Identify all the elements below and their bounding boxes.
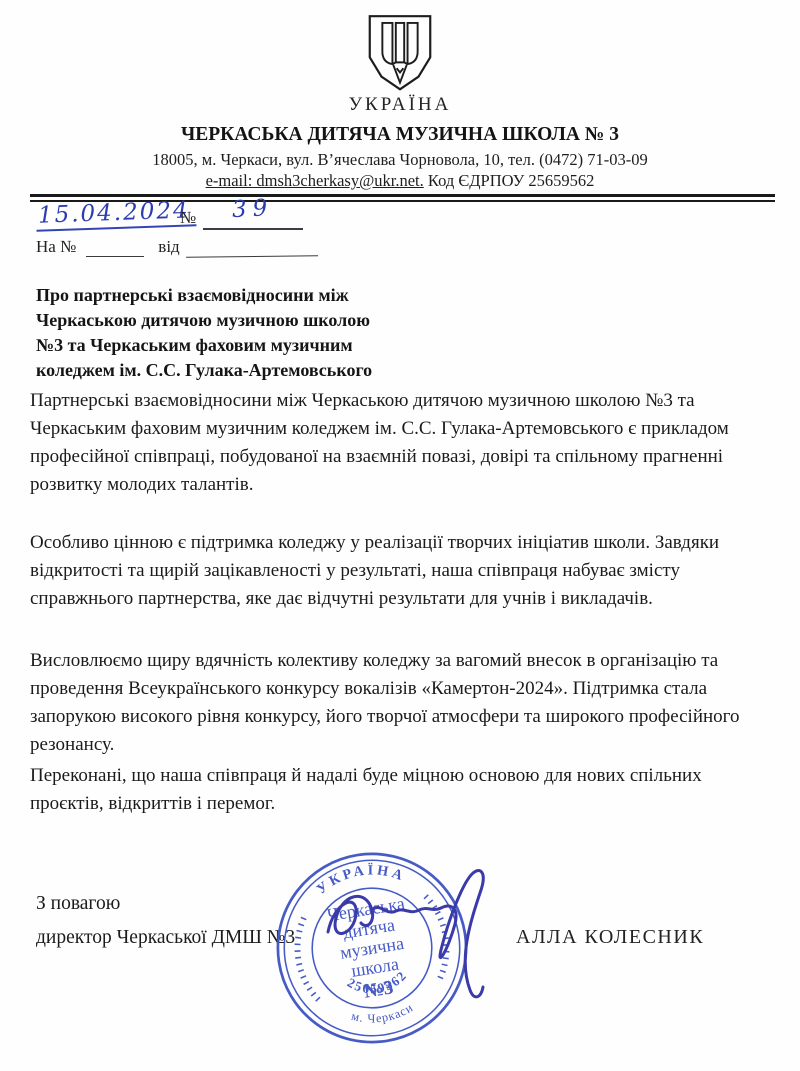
number-sign: №: [180, 208, 196, 228]
body-paragraph-1: Партнерські взаємовідносини між Черкаськ…: [30, 387, 778, 499]
subject-line: Черкаською дитячою музичною школою: [36, 308, 456, 333]
reply-from-label: від: [158, 237, 179, 256]
reply-number-blank: [86, 240, 144, 257]
signoff-title: директор Черкаської ДМШ №3: [36, 927, 295, 949]
outgoing-number-line: 39: [203, 196, 303, 230]
email-text: e-mail: dmsh3cherkasy@ukr.net.: [206, 171, 424, 190]
scanned-letter-page: УКРАЇНА ЧЕРКАСЬКА ДИТЯЧА МУЗИЧНА ШКОЛА №…: [0, 0, 800, 1071]
signoff-respectfully: З повагою: [36, 893, 120, 915]
body-paragraph-2: Особливо цінною є підтримка коледжу у ре…: [30, 529, 778, 613]
subject-line: коледжем ім. С.С. Гулака-Артемовського: [36, 358, 456, 383]
subject-line: Про партнерські взаємовідносини між: [36, 283, 456, 308]
stamp-decor-left: [292, 915, 319, 1002]
reply-reference-row: На №від: [36, 237, 318, 257]
country-label: УКРАЇНА: [0, 94, 800, 116]
handwritten-number: 39: [232, 195, 275, 223]
signer-name: АЛЛА КОЛЕСНИК: [516, 926, 704, 949]
email-row: e-mail: dmsh3cherkasy@ukr.net. Код ЄДРПО…: [0, 171, 800, 191]
ukraine-trident-emblem: [358, 12, 442, 96]
edrpou-code: Код ЄДРПОУ 25659562: [428, 171, 595, 190]
subject-block: Про партнерські взаємовідносини між Черк…: [36, 283, 456, 383]
body-paragraph-3: Висловлюємо щиру вдячність колективу кол…: [30, 647, 778, 759]
school-address: 18005, м. Черкаси, вул. В’ячеслава Чорно…: [0, 150, 800, 170]
body-paragraph-4: Переконані, що наша співпраця й надалі б…: [30, 762, 778, 818]
school-name: ЧЕРКАСЬКА ДИТЯЧА МУЗИЧНА ШКОЛА № 3: [0, 124, 800, 146]
director-signature: [318, 862, 514, 1012]
reply-prefix: На №: [36, 237, 76, 256]
subject-line: №3 та Черкаським фаховим музичним: [36, 333, 456, 358]
handwritten-date: 15.04.2024: [36, 197, 197, 232]
reply-date-blank: [186, 239, 318, 257]
